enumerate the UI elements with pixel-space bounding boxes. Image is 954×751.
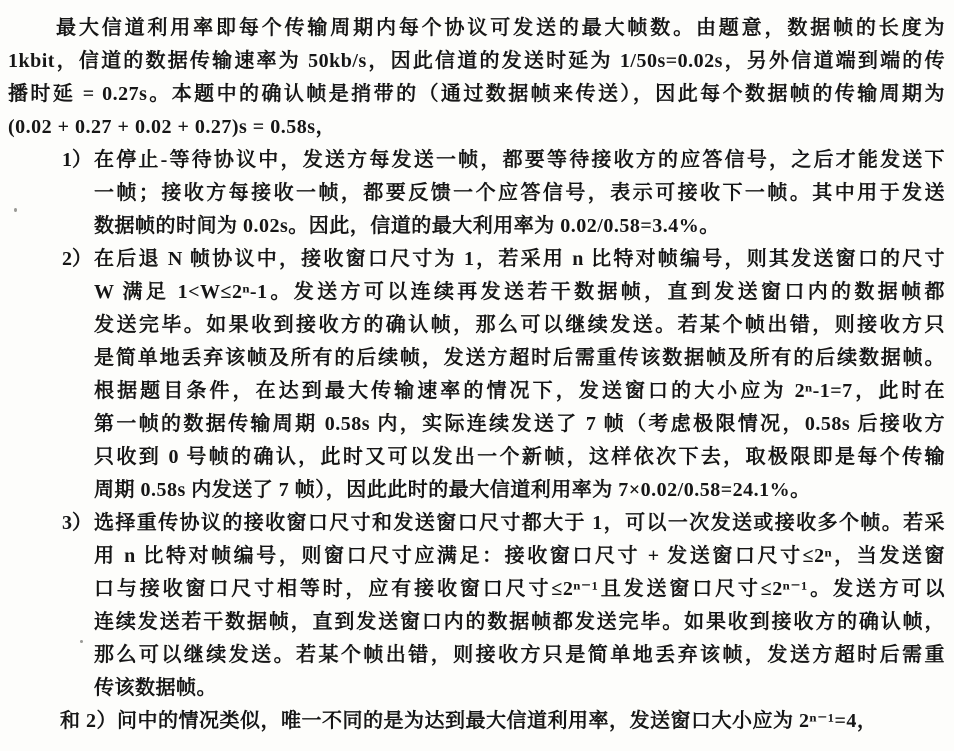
text-line: 根据题目条件，在达到最大传输速率的情况下，发送窗口的大小应为 2ⁿ-1=7，此时…: [94, 375, 945, 408]
text-line: 那么可以继续发送。若某个帧出错，则接收方只是简单地丢弃该帧，发送方超时后需重: [94, 639, 945, 672]
text-line: 选择重传协议的接收窗口尺寸和发送窗口尺寸都大于 1，可以一次发送或接收多个帧。若…: [94, 507, 945, 540]
text-line: 播时延 = 0.27s。本题中的确认帧是捎带的（通过数据帧来传送），因此每个数据…: [8, 78, 945, 111]
text-line: 周期 0.58s 内发送了 7 帧），因此此时的最大信道利用率为 7×0.02/…: [94, 474, 945, 507]
closing-paragraph: 和 2）问中的情况类似，唯一不同的是为达到最大信道利用率，发送窗口大小应为 2ⁿ…: [8, 705, 945, 738]
text-line: 一帧；接收方每接收一帧，都要反馈一个应答信号，表示可接收下一帧。其中用于发送: [94, 177, 945, 210]
text-line: 和 2）问中的情况类似，唯一不同的是为达到最大信道利用率，发送窗口大小应为 2ⁿ…: [60, 705, 945, 738]
text-line: 发送完毕。如果收到接收方的确认帧，那么可以继续发送。若某个帧出错，则接收方只: [94, 309, 945, 342]
scan-speck: [20, 96, 23, 99]
text-line: 传该数据帧。: [94, 672, 945, 705]
text-line: W 满足 1<W≤2ⁿ-1。发送方可以连续再发送若干数据帧，直到发送窗口内的数据…: [94, 276, 945, 309]
text-line: 1kbit，信道的数据传输速率为 50kb/s，因此信道的发送时延为 1/50s…: [8, 45, 945, 78]
text-line: (0.02 + 0.27 + 0.02 + 0.27)s = 0.58s，: [8, 111, 945, 144]
list-item-3: 3） 选择重传协议的接收窗口尺寸和发送窗口尺寸都大于 1，可以一次发送或接收多个…: [8, 507, 945, 705]
text-line: 第一帧的数据传输周期 0.58s 内，实际连续发送了 7 帧（考虑极限情况，0.…: [94, 408, 945, 441]
text-line: 最大信道利用率即每个传输周期内每个协议可发送的最大帧数。由题意，数据帧的长度为: [8, 12, 945, 45]
text-line: 用 n 比特对帧编号，则窗口尺寸应满足：接收窗口尺寸 + 发送窗口尺寸≤2ⁿ，当…: [94, 540, 945, 573]
text-line: 数据帧的时间为 0.02s。因此，信道的最大利用率为 0.02/0.58=3.4…: [94, 210, 945, 243]
text-line: 口与接收窗口尺寸相等时，应有接收窗口尺寸≤2ⁿ⁻¹且发送窗口尺寸≤2ⁿ⁻¹。发送…: [94, 573, 945, 606]
item-number: 3）: [62, 507, 92, 540]
item-number: 1）: [62, 144, 92, 177]
text-line: 连续发送若干数据帧，直到发送窗口内的数据帧都发送完毕。如果收到接收方的确认帧，: [94, 606, 945, 639]
intro-paragraph: 最大信道利用率即每个传输周期内每个协议可发送的最大帧数。由题意，数据帧的长度为 …: [8, 12, 945, 144]
text-line: 是简单地丢弃该帧及所有的后续帧，发送方超时后需重传该数据帧及所有的后续数据帧。: [94, 342, 945, 375]
text-line: 在停止-等待协议中，发送方每发送一帧，都要等待接收方的应答信号，之后才能发送下: [94, 144, 945, 177]
text-line: 只收到 0 号帧的确认，此时又可以发出一个新帧，这样依次下去，取极限即是每个传输: [94, 441, 945, 474]
document-page: 最大信道利用率即每个传输周期内每个协议可发送的最大帧数。由题意，数据帧的长度为 …: [0, 0, 954, 751]
list-item-1: 1） 在停止-等待协议中，发送方每发送一帧，都要等待接收方的应答信号，之后才能发…: [8, 144, 945, 243]
list-item-2: 2） 在后退 N 帧协议中，接收窗口尺寸为 1，若采用 n 比特对帧编号，则其发…: [8, 243, 945, 507]
item-number: 2）: [62, 243, 92, 276]
text-line: 在后退 N 帧协议中，接收窗口尺寸为 1，若采用 n 比特对帧编号，则其发送窗口…: [94, 243, 945, 276]
